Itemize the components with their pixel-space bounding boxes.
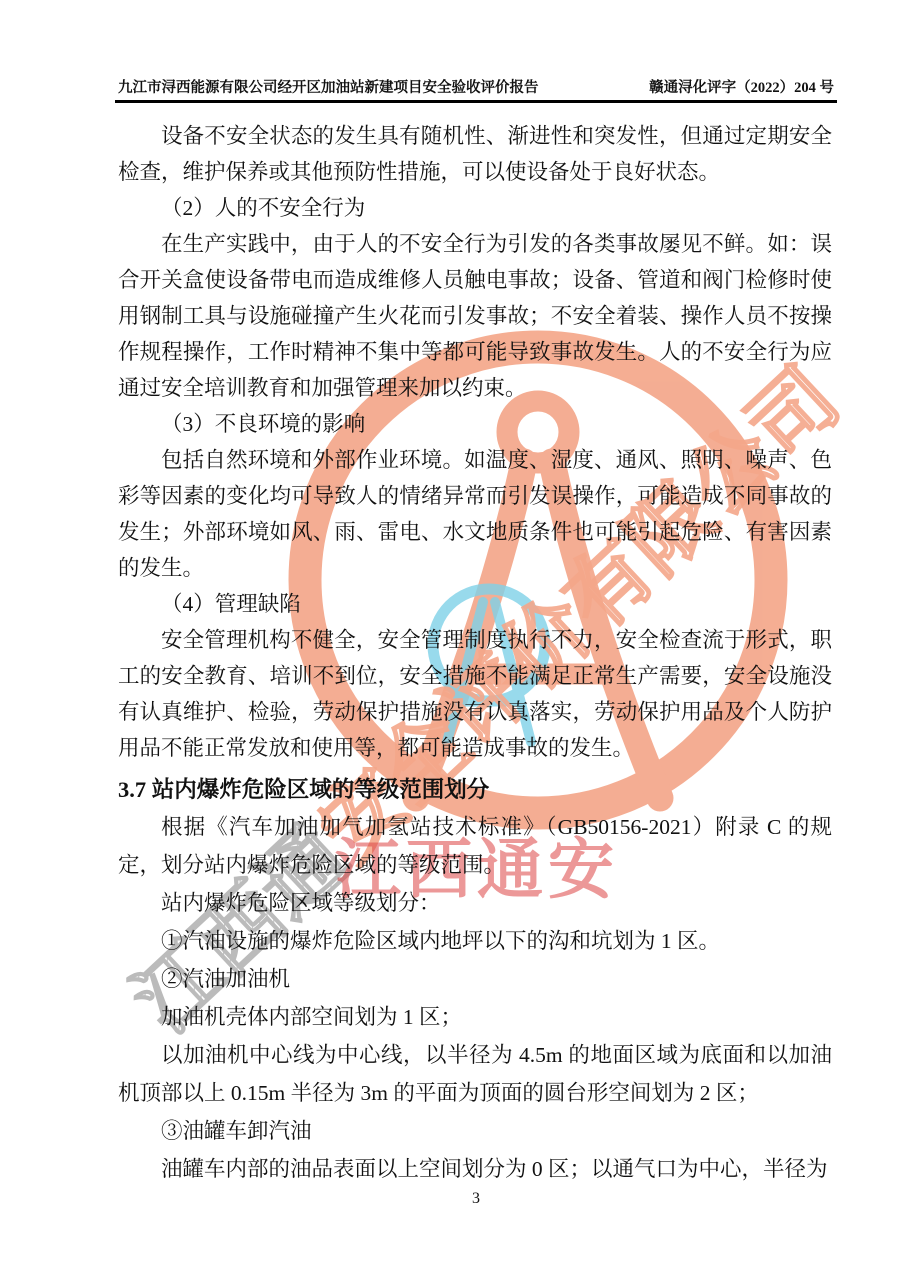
- body-line: 包括自然环境和外部作业环境。如温度、湿度、通风、照明、噪声、色: [118, 442, 832, 478]
- document-number: 赣通浔化评字（2022）204 号: [649, 76, 834, 97]
- body-line: （3）不良环境的影响: [118, 406, 832, 442]
- block-b: 根据《汽车加油加气加氢站技术标准》（GB50156-2021）附录 C 的规定，…: [118, 808, 832, 1188]
- report-title: 九江市浔西能源有限公司经开区加油站新建项目安全验收评价报告: [118, 76, 539, 97]
- page-footer: 3: [115, 1190, 837, 1208]
- body-line: 站内爆炸危险区域等级划分：: [118, 884, 832, 922]
- block-a: 设备不安全状态的发生具有随机性、渐进性和突发性，但通过定期安全检查，维护保养或其…: [118, 118, 832, 766]
- body-line: 用品不能正常发放和使用等，都可能造成事故的发生。: [118, 730, 832, 766]
- body-line: ②汽油加油机: [118, 960, 832, 998]
- body-line: 用钢制工具与设施碰撞产生火花而引发事故；不安全着装、操作人员不按操: [118, 298, 832, 334]
- body-line: 的发生。: [118, 550, 832, 586]
- body-line: 检查，维护保养或其他预防性措施，可以使设备处于良好状态。: [118, 154, 832, 190]
- page-number: 3: [472, 1190, 480, 1207]
- document-body: 设备不安全状态的发生具有随机性、渐进性和突发性，但通过定期安全检查，维护保养或其…: [118, 118, 832, 1188]
- header-rule: [115, 100, 837, 103]
- body-line: 油罐车内部的油品表面以上空间划分为 0 区；以通气口为中心，半径为: [118, 1150, 832, 1188]
- body-line: 加油机壳体内部空间划为 1 区；: [118, 998, 832, 1036]
- body-line: 彩等因素的变化均可导致人的情绪异常而引发误操作，可能造成不同事故的: [118, 478, 832, 514]
- body-line: 发生；外部环境如风、雨、雷电、水文地质条件也可能引起危险、有害因素: [118, 514, 832, 550]
- body-line: 合开关盒使设备带电而造成维修人员触电事故；设备、管道和阀门检修时使: [118, 262, 832, 298]
- body-line: 以加油机中心线为中心线，以半径为 4.5m 的地面区域为底面和以加油: [118, 1036, 832, 1074]
- body-line: 通过安全培训教育和加强管理来加以约束。: [118, 370, 832, 406]
- body-line: 定，划分站内爆炸危险区域的等级范围。: [118, 846, 832, 884]
- section-heading-3-7: 3.7 站内爆炸危险区域的等级范围划分: [118, 772, 832, 808]
- body-line: 设备不安全状态的发生具有随机性、渐进性和突发性，但通过定期安全: [118, 118, 832, 154]
- body-line: 根据《汽车加油加气加氢站技术标准》（GB50156-2021）附录 C 的规: [118, 808, 832, 846]
- body-line: （4）管理缺陷: [118, 586, 832, 622]
- body-line: 作规程操作，工作时精神不集中等都可能导致事故发生。人的不安全行为应: [118, 334, 832, 370]
- body-line: 工的安全教育、培训不到位，安全措施不能满足正常生产需要，安全设施没: [118, 658, 832, 694]
- body-line: 机顶部以上 0.15m 半径为 3m 的平面为顶面的圆台形空间划为 2 区；: [118, 1074, 832, 1112]
- body-line: 在生产实践中，由于人的不安全行为引发的各类事故屡见不鲜。如：误: [118, 226, 832, 262]
- page-header: 九江市浔西能源有限公司经开区加油站新建项目安全验收评价报告 赣通浔化评字（202…: [118, 76, 834, 98]
- body-line: ③油罐车卸汽油: [118, 1112, 832, 1150]
- body-line: （2）人的不安全行为: [118, 190, 832, 226]
- body-line: 有认真维护、检验，劳动保护措施没有认真落实，劳动保护用品及个人防护: [118, 694, 832, 730]
- document-page: 江西通 安全评价有限公司 江西通安 九江市浔西能源有限公司经开区加油站新建项目安…: [0, 0, 900, 1272]
- body-line: ①汽油设施的爆炸危险区域内地坪以下的沟和坑划为 1 区。: [118, 922, 832, 960]
- body-line: 安全管理机构不健全，安全管理制度执行不力，安全检查流于形式，职: [118, 622, 832, 658]
